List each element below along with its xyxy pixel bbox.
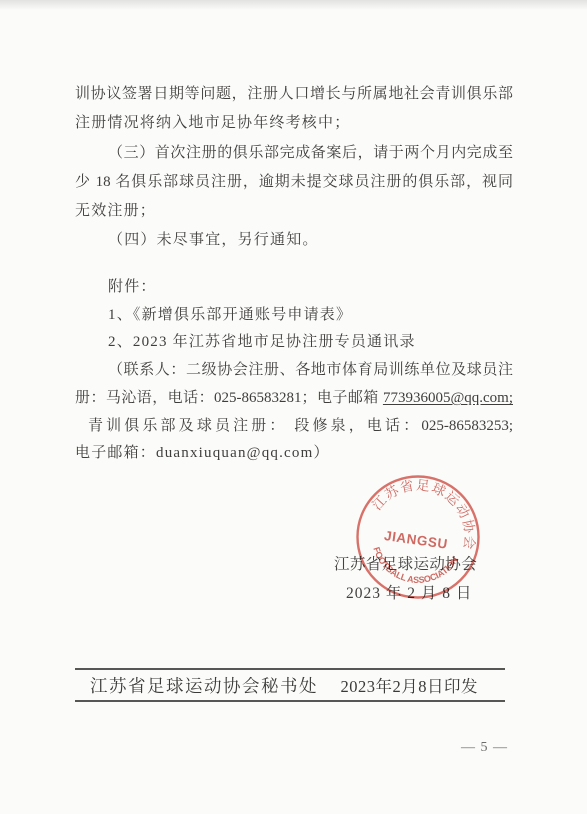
attachments-block: 附件： 1、《新增俱乐部开通账号申请表》 2、2023 年江苏省地市足协注册专员…: [75, 274, 513, 468]
seal-ring: [358, 477, 479, 598]
footer-rule-bottom: [75, 700, 505, 702]
page-number: — 5 —: [461, 740, 508, 756]
contact-line: 电子邮箱：duanxiuquan@qq.com）: [75, 440, 513, 468]
attachment-item: 1、《新增俱乐部开通账号申请表》: [75, 302, 513, 330]
body-line: （四）未尽事宜，另行通知。: [75, 226, 513, 255]
body-line: （三）首次注册的俱乐部完成备案后，请于两个月内完成至: [75, 139, 513, 168]
attachments-label: 附件：: [75, 274, 513, 302]
seal-top-arc-text: 江苏省足球运动协会: [369, 477, 478, 552]
contact-email-link[interactable]: 773936005@qq.com;: [383, 390, 513, 406]
contact-text: 册：马沁语，电话：025-86583281；电子邮箱: [75, 390, 383, 406]
body-line: 注册情况将纳入地市足协年终考核中；: [75, 109, 513, 138]
footer-issuer: 江苏省足球运动协会秘书处: [90, 673, 318, 698]
contact-line: 册：马沁语，电话：025-86583281；电子邮箱 773936005@qq.…: [75, 385, 513, 413]
signature-date: 2023 年 2 月 8 日: [346, 581, 472, 603]
footer-rule-top: [75, 668, 505, 670]
body-line: 无效注册；: [75, 197, 513, 226]
footer-print-date: 2023年2月8日印发: [341, 673, 479, 697]
signature-organization: 江苏省足球运动协会: [334, 552, 477, 574]
scan-edge-shadow: [0, 0, 587, 10]
seal-center-text: JIANGSU: [383, 528, 449, 552]
contact-line: 青训俱乐部及球员注册： 段修泉，电话：025-86583253;: [75, 413, 513, 441]
scanned-document-page: 训协议签署日期等问题，注册人口增长与所属地社会青训俱乐部 注册情况将纳入地市足协…: [0, 0, 587, 814]
attachment-item: 2、2023 年江苏省地市足协注册专员通讯录: [75, 329, 513, 357]
body-line: 少 18 名俱乐部球员注册，逾期未提交球员注册的俱乐部，视同: [75, 168, 513, 197]
body-line: 训协议签署日期等问题，注册人口增长与所属地社会青训俱乐部: [75, 80, 513, 109]
footer: 江苏省足球运动协会秘书处 2023年2月8日印发: [75, 673, 505, 697]
body-paragraphs: 训协议签署日期等问题，注册人口增长与所属地社会青训俱乐部 注册情况将纳入地市足协…: [75, 80, 513, 256]
contact-line: （联系人：二级协会注册、各地市体育局训练单位及球员注: [75, 357, 513, 385]
